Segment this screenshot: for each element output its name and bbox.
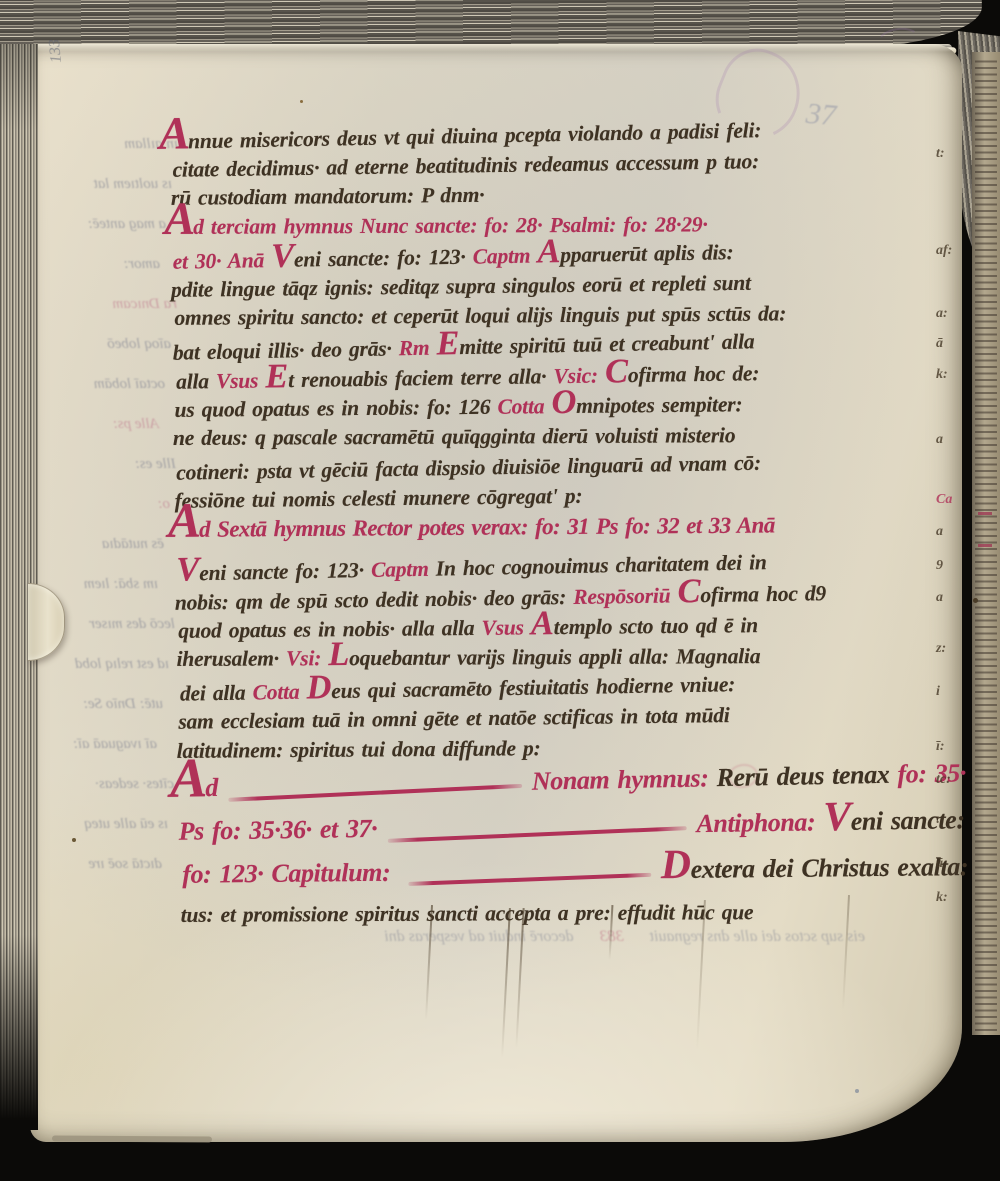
text-run: alla <box>176 369 216 395</box>
bleedthrough-line: Ille es: <box>40 456 178 496</box>
text-run: pparuerūt aplis dis: <box>560 240 734 268</box>
bleedthrough-line: ıd est relıq lobd <box>40 656 178 696</box>
bleedthrough-line: o: <box>40 496 178 536</box>
text-run: cotineri: psta vt gēciū facta dispsio di… <box>176 451 761 486</box>
bleedthrough-line: ra Dnıcam <box>40 296 178 336</box>
bleedthrough-line: ın aıllam <box>40 136 178 176</box>
rubric-run: Vsus <box>216 368 266 394</box>
line-end-fragment: ī: <box>936 739 945 755</box>
text-run: templo scto tuo qd ē in <box>554 613 759 640</box>
line-end-fragment: : <box>936 812 941 828</box>
bleedthrough-line: dıctā soē ıre <box>40 856 178 896</box>
text-run: t renouabis faciem terre alla· <box>288 364 554 393</box>
line-end-fragment: k: <box>936 890 948 906</box>
text-run: rū custodiam mandatorum: P dnm· <box>171 183 485 211</box>
text-run: eus qui sacramēto festiuitatis hodierne … <box>331 672 735 704</box>
text-run: dei alla <box>180 681 253 707</box>
bleedthrough-line: aīoq lobeō <box>40 336 178 376</box>
under-page-edge <box>52 1135 212 1142</box>
line-end-fragment: k: <box>936 367 948 383</box>
text-run: mnipotes sempiter: <box>576 392 742 419</box>
text-run: omnes spiritu sancto: et ceperūt loqui a… <box>174 302 786 331</box>
next-page-sliver <box>972 52 1000 1035</box>
rubric-run: Rm <box>399 336 437 362</box>
rubric-run: Captm <box>473 243 538 269</box>
bleedthrough-left-margin: ın aıllamıs uoltıem lata mag anteē:amor:… <box>40 136 178 896</box>
text-run: ofirma hoc d9 <box>700 581 826 608</box>
rubric-flourish <box>387 826 686 842</box>
stain-speck <box>973 598 978 603</box>
text-run: eni sancte: <box>851 805 965 837</box>
text-run: Rerū deus tenax <box>716 759 897 793</box>
text-run: eni sancte: fo: 123· <box>294 244 473 272</box>
bleedthrough-line: ēs nutādıa <box>40 536 178 576</box>
manuscript-line: fo: 123· Capitulum: Dextera dei Christus… <box>182 852 968 905</box>
bleedthrough-line: lecō des mıser <box>40 616 178 656</box>
line-end-fragment: 9 <box>936 558 943 574</box>
rubric-flourish <box>408 872 651 885</box>
rubric-run: Capitulum: <box>271 857 398 888</box>
bleedthrough-line: octaī lobām <box>40 376 178 416</box>
bleedthrough-line: aī ıvaguaā aī: <box>40 736 178 776</box>
text-run: tus: et promissione spiritus sancti acce… <box>181 900 754 928</box>
bleedthrough-fragment: eis sup sctos dei alle dns regnauit <box>650 928 865 952</box>
rubric-run: Cotta <box>252 680 306 706</box>
line-end-fragment: tc: <box>936 772 951 788</box>
rubric-run: et 30· Anā <box>173 248 272 275</box>
text-run: oquebantur varijs linguis appli alla: Ma… <box>349 644 760 671</box>
line-end-fragment: a: <box>936 306 948 322</box>
bleedthrough-line: ıs eū alle uteq <box>40 816 178 856</box>
text-run: nobis: qm de spū scto dedit nobis· deo g… <box>175 585 574 616</box>
text-run: ofirma hoc de: <box>628 361 760 388</box>
bleedthrough-line: Alle ps: <box>40 416 178 456</box>
line-end-fragment: Ca <box>936 492 952 508</box>
text-run: ne deus: q pascale sacramētū quīqgginta … <box>173 423 736 451</box>
text-run: sam ecclesiam tuā in omni gēte et natōe … <box>178 703 730 735</box>
text-run: eni sancte fo: 123· <box>199 558 371 586</box>
bleedthrough-line: amor: <box>40 256 178 296</box>
line-end-fragment: ā <box>936 336 943 352</box>
rubric-run: d <box>205 773 218 803</box>
rubric-run: d terciam hymnus Nunc sancte: fo: 28· Ps… <box>193 212 708 240</box>
bleedthrough-line: ım sbā: lıem <box>40 576 178 616</box>
rubric-run: Captm <box>371 557 436 583</box>
folio-number: 133 <box>46 38 66 63</box>
rubric-run: d Sextā hymnus Rector potes verax: fo: 3… <box>199 513 775 543</box>
rubric-run: fo: 123· <box>182 859 272 890</box>
line-end-fragment: ā <box>936 856 943 872</box>
bleedthrough-line: ıs uoltıem lat <box>40 176 178 216</box>
rubric-run: Antiphona: <box>696 807 823 839</box>
line-end-fragment: i <box>936 684 940 700</box>
initial-letter: A <box>170 778 205 779</box>
initial-letter: A <box>159 133 188 134</box>
rubric-run: fo: 35· <box>897 758 966 789</box>
bleedthrough-line: a mag anteē: <box>40 216 178 256</box>
next-page-rubric-mark <box>978 512 992 515</box>
line-end-fragment: a <box>936 524 943 540</box>
next-page-rubric-mark <box>978 544 992 547</box>
stain-speck <box>300 100 303 103</box>
line-end-fragment: a <box>936 590 943 606</box>
line-end-fragment: a <box>936 432 943 448</box>
stain-speck <box>855 1089 859 1093</box>
rubric-run: Cotta <box>497 394 551 420</box>
rubric-run: Respōsoriū <box>573 583 678 610</box>
manuscript-photo: 133 37 ın aıllamıs uoltıem lata mag ante… <box>0 0 1000 1181</box>
bleedthrough-line: utē: Dnīo Se: <box>40 696 178 736</box>
text-run: us quod opatus es in nobis: fo: 126 <box>174 394 497 422</box>
rubric-flourish <box>228 783 522 800</box>
bleedthrough-line: cītes· sedeas· <box>40 776 178 816</box>
rubric-run: Vsus <box>481 615 531 640</box>
line-end-fragment: z: <box>936 641 946 657</box>
text-run: extera dei Christus exalta: <box>690 852 968 885</box>
text-run: fessiōne tui nomis celesti munere cōgreg… <box>175 484 583 514</box>
text-run: latitudinem: spiritus tui dona diffunde … <box>177 736 541 764</box>
text-run: iherusalem· <box>177 646 287 672</box>
rubric-run: Ps fo: 35·36· et 37· <box>178 814 377 847</box>
text-block: Annue misericors deus vt qui diuina pcep… <box>171 117 967 935</box>
line-end-fragment: af: <box>936 243 952 259</box>
rubric-run: Nonam hymnus: <box>532 763 717 797</box>
line-end-fragment: t: <box>936 146 945 162</box>
text-run: In hoc cognouimus charitatem dei in <box>436 551 767 582</box>
